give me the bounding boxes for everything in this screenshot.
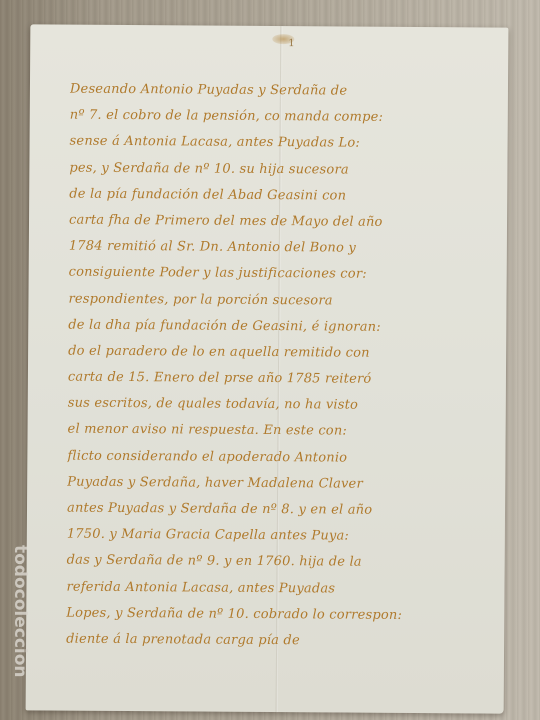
text-line: do el paradero de lo en aquella remitido… (68, 338, 498, 367)
text-line: Deseando Antonio Puyadas y Serdaña de (70, 77, 500, 106)
text-line: de la dha pía fundación de Geasini, é ig… (68, 312, 498, 341)
text-line: 1784 remitió al Sr. Dn. Antonio del Bono… (69, 234, 499, 263)
text-line: referida Antonia Lacasa, antes Puyadas (66, 574, 496, 603)
text-line: 1750. y Maria Gracia Capella antes Puya: (67, 522, 497, 551)
manuscript-page: 1 Deseando Antonio Puyadas y Serdaña de … (26, 24, 509, 713)
text-line: diente á la prenotada carga pía de (66, 627, 496, 656)
text-line: el menor aviso ni respuesta. En este con… (67, 417, 497, 446)
handwritten-text: Deseando Antonio Puyadas y Serdaña de nº… (66, 77, 500, 656)
text-line: antes Puyadas y Serdaña de nº 8. y en el… (67, 496, 497, 525)
watermark: todocoleccion (6, 545, 30, 715)
text-line: Puyadas y Serdaña, haver Madalena Claver (67, 469, 497, 498)
text-line: sense á Antonia Lacasa, antes Puyadas Lo… (69, 129, 499, 158)
text-line: das y Serdaña de nº 9. y en 1760. hija d… (67, 548, 497, 577)
text-line: flicto considerando el apoderado Antonio (67, 443, 497, 472)
text-line: respondientes, por la porción sucesora (68, 286, 498, 315)
text-line: sus escritos, de quales todavía, no ha v… (68, 391, 498, 420)
folio-mark: 1 (288, 38, 294, 49)
text-line: de la pía fundación del Abad Geasini con (69, 181, 499, 210)
text-line: carta de 15. Enero del prse año 1785 rei… (68, 365, 498, 394)
text-line: Lopes, y Serdaña de nº 10. cobrado lo co… (66, 600, 496, 629)
text-line: carta fha de Primero del mes de Mayo del… (69, 208, 499, 237)
text-line: consiguiente Poder y las justificaciones… (69, 260, 499, 289)
text-line: nº 7. el cobro de la pensión, co manda c… (70, 103, 500, 132)
text-line: pes, y Serdaña de nº 10. su hija sucesor… (69, 155, 499, 184)
